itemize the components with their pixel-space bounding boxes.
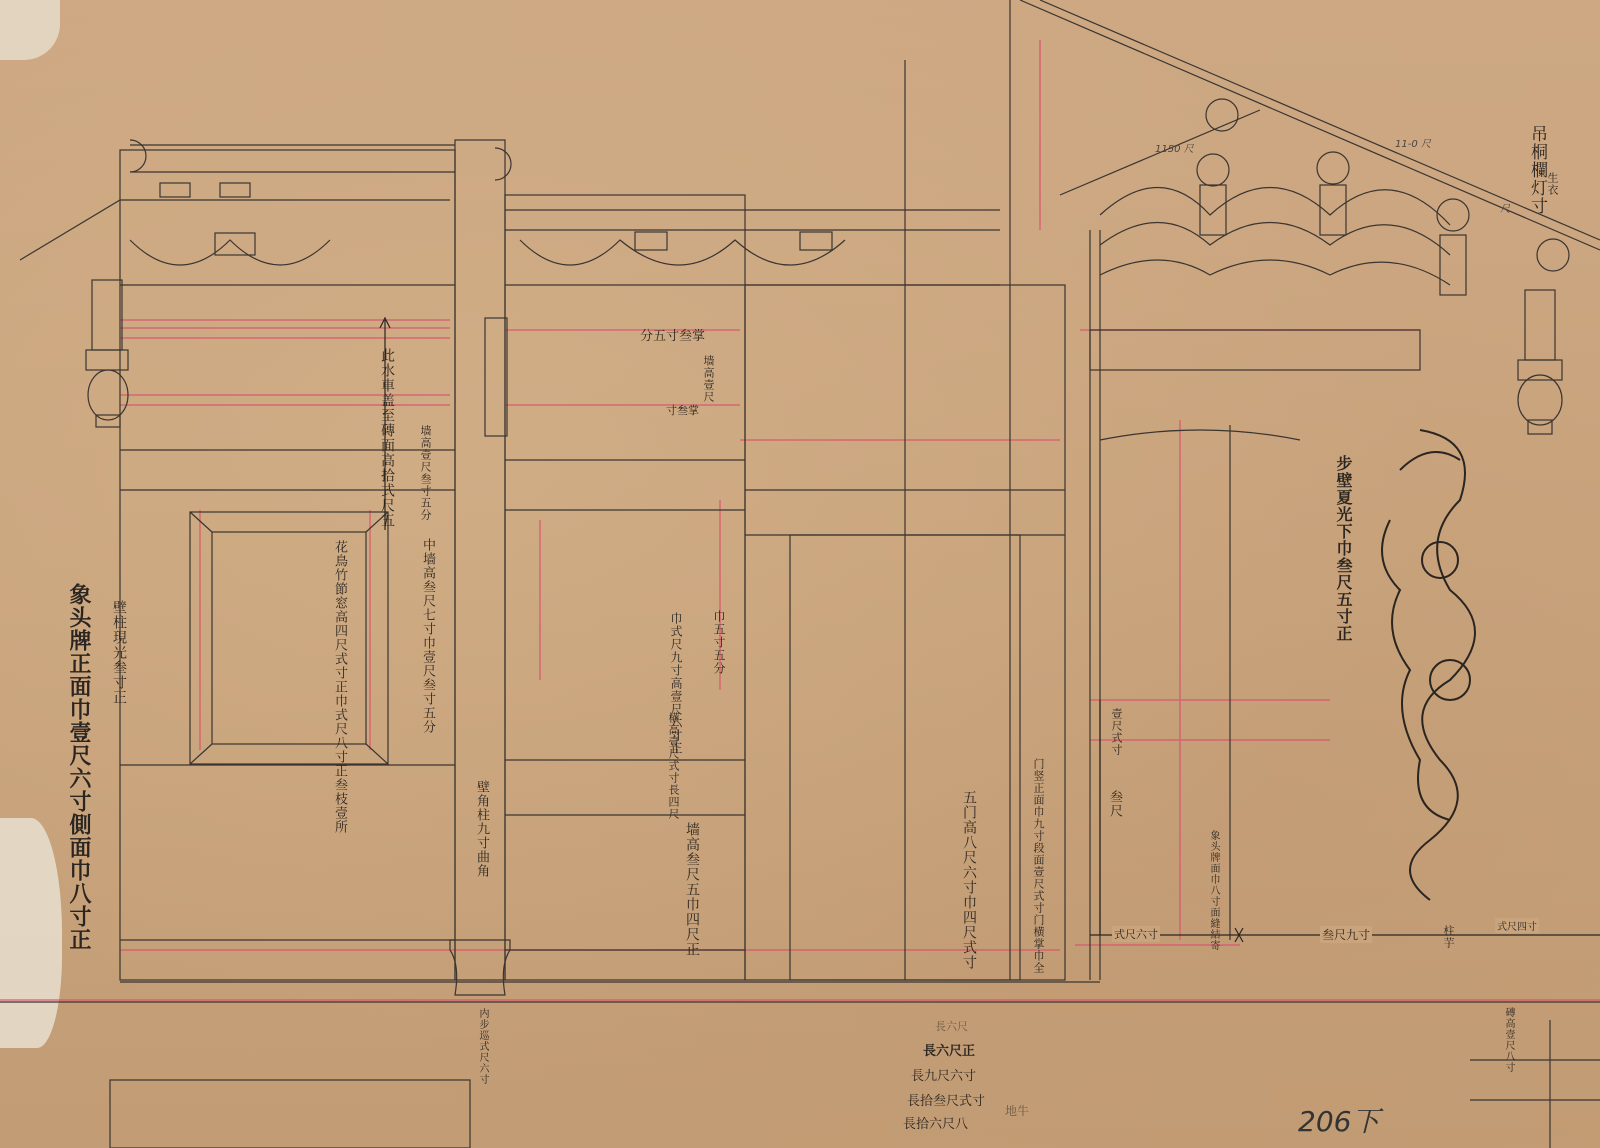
table-row: 長拾六尺八 [903, 1113, 1013, 1132]
pencil-mark: 11-0 尺 [1395, 135, 1431, 150]
dimension-lines [380, 318, 1600, 942]
annotation-horizontal-panel: 横高壹尺式寸長四尺 [668, 712, 679, 820]
ink-lines [0, 0, 1600, 1148]
table-header: 長六尺 [935, 1018, 1045, 1034]
red-guide-lines [0, 40, 1600, 1000]
annotation-height-arrow: 此水車盖至磚面高拾式尺五 [380, 348, 394, 528]
annotation-right-wall: 步壁夏光下巾叁尺五寸正 [1335, 455, 1351, 642]
annotation-middle-wall: 中墙高叁尺七寸巾壹尺叁寸五分 [421, 538, 434, 734]
annotation-pillar-label: 柱芋 [1443, 925, 1454, 949]
annotation-panel-width: 巾五寸五分 [713, 610, 725, 675]
dimension-bottom-2: 叁尺九寸 [1320, 926, 1372, 943]
title-top-right: 吊桐欄灯寸 [1528, 125, 1545, 215]
table-row: 長六尺正 [923, 1040, 1033, 1059]
table-side-label: 地牛 [1005, 1102, 1029, 1119]
annotation-lower-wall: 墙高叁尺五巾四尺正 [685, 822, 699, 957]
annotation-top-beam-1: 分五寸叁掌 [640, 325, 705, 344]
table-row: 長九尺六寸 [911, 1065, 1021, 1084]
annotation-base-height: 磚高壹尺八寸 [1503, 1007, 1513, 1073]
title-top-right-small: 生衣 [1547, 172, 1558, 196]
dragon-carving [1382, 430, 1475, 900]
annotation-center-pillar: 壁角柱九寸曲角 [475, 780, 488, 878]
table-row: 長拾叁尺式寸 [907, 1090, 1017, 1109]
annotation-right-dim-1: 壹尺式寸 [1111, 708, 1122, 756]
dimension-bottom-1: 式尺六寸 [1112, 926, 1160, 942]
annotation-upper-wall: 墙高壹尺叁寸五分 [420, 425, 431, 521]
annotation-inner-step: 内步巡式尺六寸 [477, 1008, 487, 1085]
dimension-bottom-3: 式尺四寸 [1495, 918, 1539, 933]
bottom-length-table: 長六尺 長六尺正 長九尺六寸 長拾叁尺式寸 長拾六尺八 [905, 1018, 1015, 1110]
annotation-top-beam-2: 寸叁掌 [666, 402, 699, 418]
architectural-elevation-drawing [0, 0, 1600, 1148]
annotation-wall-height-small: 墙高壹尺 [703, 355, 714, 403]
annotation-left-main: 象头牌正面巾壹尺六寸側面巾八寸正 [68, 583, 90, 951]
pencil-mark: 1150 尺 [1155, 140, 1194, 155]
pencil-mark: 尺 [1500, 200, 1510, 215]
annotation-left-pillar: 壁柱現光叁寸正 [112, 600, 126, 705]
annotation-right-dim-2: 叁尺 [1108, 790, 1121, 818]
annotation-door-frame: 门竖正面巾九寸段面壹尺式寸门横掌巾全 [1033, 758, 1044, 974]
annotation-door: 五门高八尺六寸巾四尺式寸 [962, 790, 976, 970]
annotation-right-pillar: 象头牌面巾八寸面縫結寄 [1208, 830, 1218, 951]
annotation-window: 花鳥竹節窓高四尺式寸正巾式尺八寸正叁枝壹所 [333, 540, 346, 834]
catalog-number: 206下 [1298, 1100, 1379, 1140]
